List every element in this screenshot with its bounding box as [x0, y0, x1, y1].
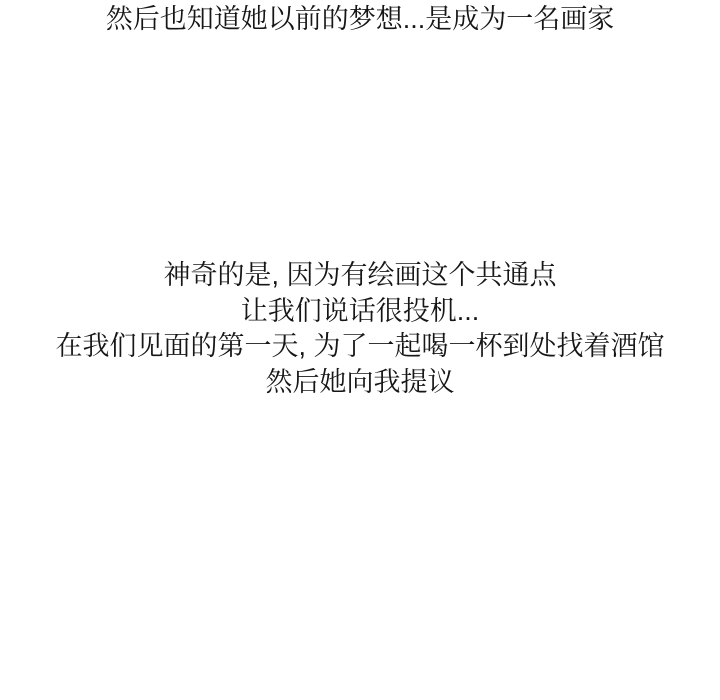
comic-page: 然后也知道她以前的梦想...是成为一名画家 神奇的是, 因为有绘画这个共通点 让… — [0, 0, 720, 700]
narration-top-line: 然后也知道她以前的梦想...是成为一名画家 — [0, 1, 720, 37]
narration-block-line: 在我们见面的第一天, 为了一起喝一杯到处找着酒馆 — [0, 328, 720, 364]
narration-block-line: 然后她向我提议 — [0, 364, 720, 400]
narration-block-line: 让我们说话很投机... — [0, 293, 720, 329]
narration-block-line: 神奇的是, 因为有绘画这个共通点 — [0, 257, 720, 293]
